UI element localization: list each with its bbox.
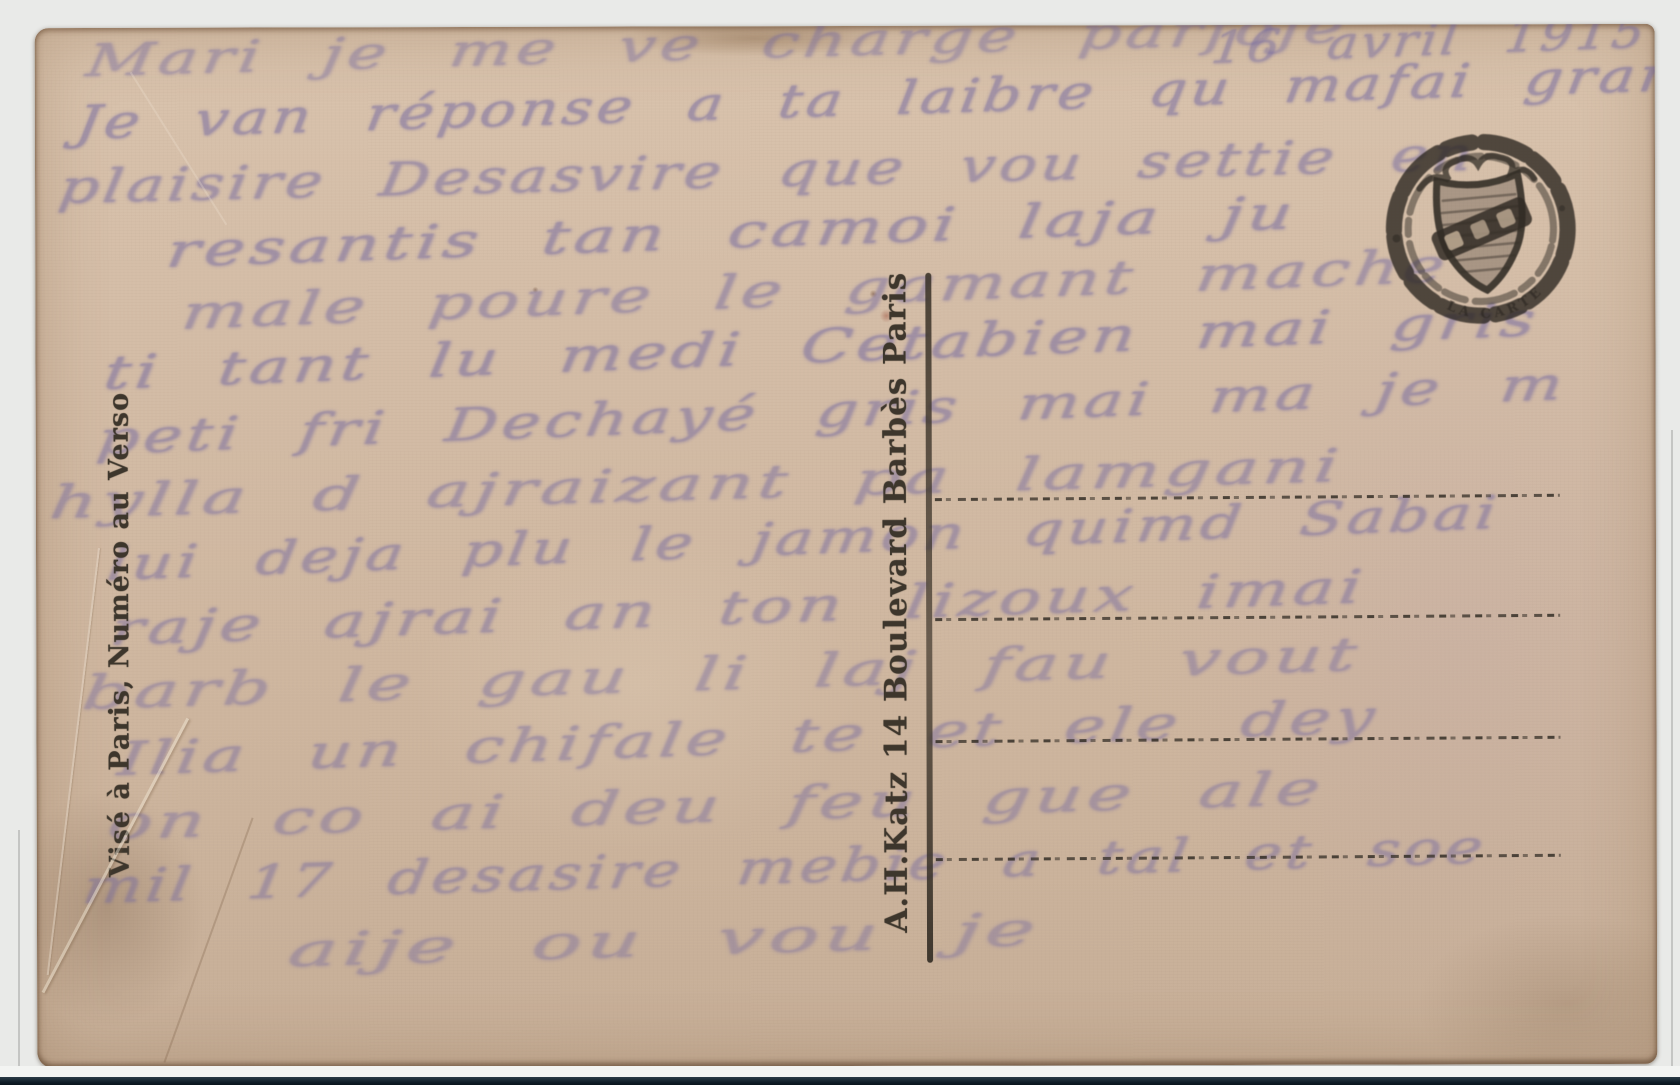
center-divider-line	[925, 273, 933, 963]
military-cachet-stamp: LA CARTE	[1366, 115, 1597, 351]
publisher-imprint-vertical: A.H.Katz 14 Boulevard Barbès Paris	[880, 272, 913, 933]
censor-imprint-vertical: Visé à Paris, Numéro au Verso	[106, 392, 134, 877]
postcard-back: Mari je me ve charge parfoje 16 avril 19…	[35, 24, 1658, 1068]
scanner-strip-white	[0, 1066, 1680, 1077]
scanner-artifact-line-left	[18, 830, 20, 1066]
scanned-postcard-image: Mari je me ve charge parfoje 16 avril 19…	[0, 0, 1680, 1085]
scanner-artifact-line-right	[1671, 430, 1673, 1066]
crease-line	[163, 818, 253, 1063]
scanner-strip-dark	[0, 1077, 1680, 1085]
